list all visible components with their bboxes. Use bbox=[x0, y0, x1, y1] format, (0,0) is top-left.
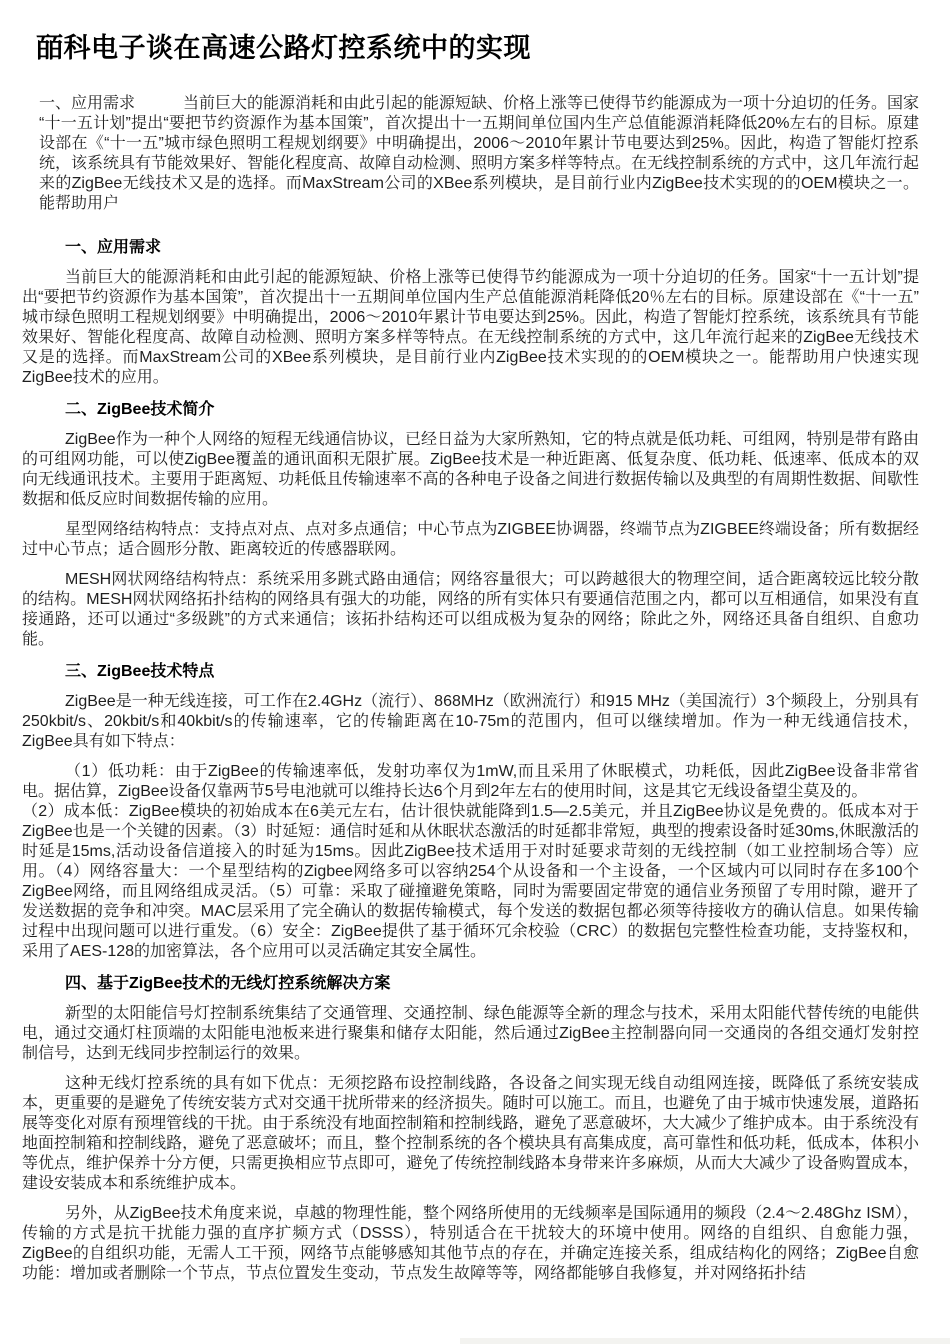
paragraph: ZigBee作为一种个人网络的短程无线通信协议，已经日益为大家所熟知，它的特点就… bbox=[22, 430, 919, 510]
document-page: 皕科电子谈在高速公路灯控系统中的实现 一、应用需求 当前巨大的能源消耗和由此引起… bbox=[0, 0, 950, 1344]
paragraph: 这种无线灯控系统的具有如下优点：无须挖路布设控制线路，各设备之间实现无线自动组网… bbox=[22, 1074, 919, 1194]
paragraph: 新型的太阳能信号灯控制系统集结了交通管理、交通控制、绿色能源等全新的理念与技术，… bbox=[22, 1004, 919, 1064]
paragraph: ZigBee是一种无线连接，可工作在2.4GHz（流行）、868MHz（欧洲流行… bbox=[22, 692, 919, 752]
paragraph: 当前巨大的能源消耗和由此引起的能源短缺、价格上涨等已使得节约能源成为一项十分迫切… bbox=[22, 268, 919, 388]
paragraph: 星型网络结构特点：支持点对点、点对多点通信；中心节点为ZIGBEE协调器，终端节… bbox=[22, 520, 919, 560]
section-heading-zigbee-introduction: 二、ZigBee技术简介 bbox=[65, 400, 919, 420]
paragraph: MESH网状网络结构特点：系统采用多跳式路由通信；网络容量很大；可以跨越很大的物… bbox=[22, 570, 919, 650]
section-heading-zigbee-features: 三、ZigBee技术特点 bbox=[65, 662, 919, 682]
section-heading-application-requirements: 一、应用需求 bbox=[65, 238, 919, 258]
paragraph: 另外，从ZigBee技术角度来说，卓越的物理性能，整个网络所使用的无线频率是国际… bbox=[22, 1204, 919, 1284]
paragraph: （2）成本低：ZigBee模块的初始成本在6美元左右，估计很快就能降到1.5—2… bbox=[22, 802, 919, 962]
paragraph: （1）低功耗：由于ZigBee的传输速率低，发射功率仅为1mW,而且采用了休眠模… bbox=[22, 762, 919, 802]
article-summary: 一、应用需求 当前巨大的能源消耗和由此引起的能源短缺、价格上涨等已使得节约能源成… bbox=[39, 94, 919, 214]
page-bottom-strip bbox=[460, 1338, 950, 1344]
article-title: 皕科电子谈在高速公路灯控系统中的实现 bbox=[36, 28, 919, 68]
section-heading-wireless-lighting-solution: 四、基于ZigBee技术的无线灯控系统解决方案 bbox=[65, 974, 919, 994]
article-body: 一、应用需求 当前巨大的能源消耗和由此引起的能源短缺、价格上涨等已使得节约能源成… bbox=[22, 238, 919, 1284]
